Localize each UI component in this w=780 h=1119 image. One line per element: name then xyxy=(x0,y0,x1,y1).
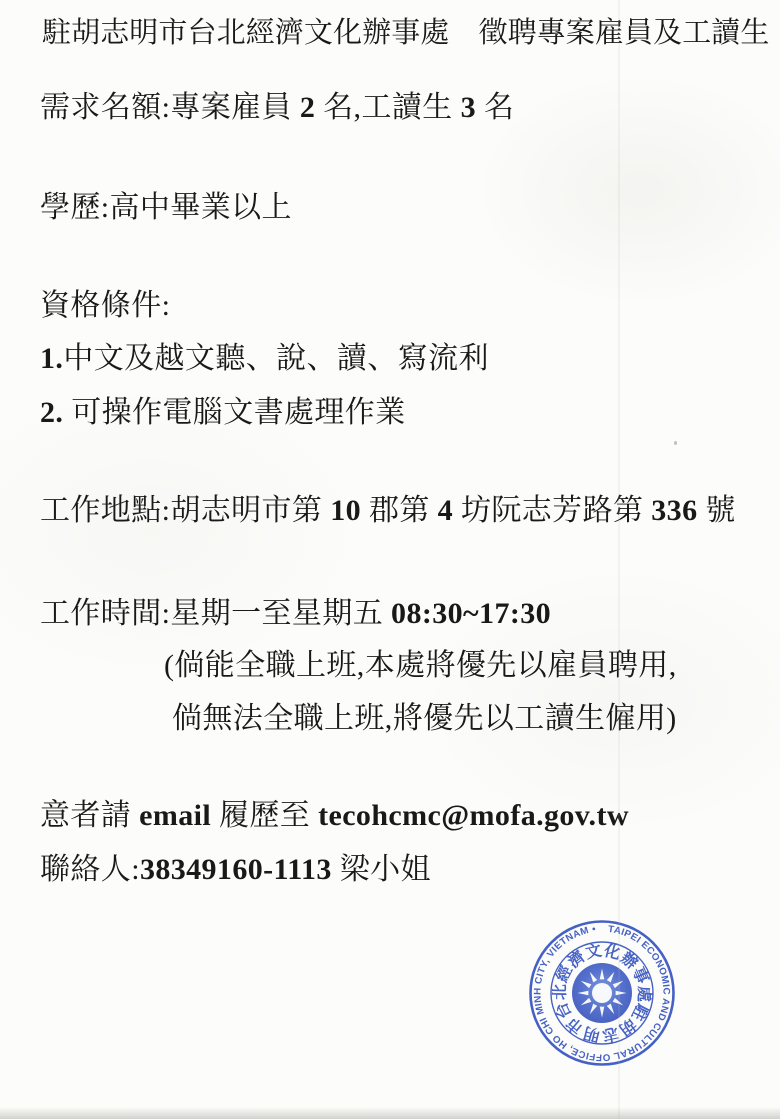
text-segment: 坊阮志芳路第 xyxy=(453,494,651,527)
scan-edge-shadow xyxy=(0,1107,780,1119)
text-segment: 工作地點:胡志明市第 xyxy=(40,494,330,527)
doc-line-work-hours-note-2: 倘無法全職上班,將優先以工讀生僱用) xyxy=(172,701,677,738)
doc-line-work-hours-note-1: (倘能全職上班,本處將優先以雇員聘用, xyxy=(164,648,677,685)
text-segment: 郡第 xyxy=(361,494,438,527)
text-segment: 中文及越文聽、說、讀、寫流利 xyxy=(63,342,489,375)
doc-line-work-location: 工作地點:胡志明市第 10 郡第 4 坊阮志芳路第 336 號 xyxy=(40,493,736,530)
scanner-streak xyxy=(618,0,620,1119)
text-segment-bold: 3 xyxy=(461,91,476,124)
text-segment: 駐胡志明市台北經濟文化辦事處 徵聘專案雇員及工讀生 xyxy=(42,17,770,49)
text-segment-bold: 08:30~17:30 xyxy=(391,597,551,630)
text-segment: 需求名額:專案雇員 xyxy=(40,91,300,124)
text-segment-bold: email xyxy=(139,799,211,832)
text-segment-bold: 2 xyxy=(300,91,315,124)
text-segment: 聯絡人: xyxy=(40,853,140,886)
text-segment: 可操作電腦文書處理作業 xyxy=(63,396,405,429)
doc-line-application-email: 意者請 email 履歷至 tecohcmc@mofa.gov.tw xyxy=(40,798,629,835)
stamp-chinese-char: 北 xyxy=(551,984,569,1000)
text-segment-bold: tecohcmc@mofa.gov.tw xyxy=(318,799,629,832)
text-segment: 名 xyxy=(476,91,514,124)
stamp-sun-emblem xyxy=(572,963,632,1023)
text-segment-bold: 2. xyxy=(40,396,63,429)
text-segment: 倘無法全職上班,將優先以工讀生僱用) xyxy=(172,702,677,735)
text-segment: 梁小姐 xyxy=(332,853,431,886)
text-segment: 學歷:高中畢業以上 xyxy=(40,191,292,224)
text-segment-bold: 1. xyxy=(40,342,63,375)
sun-core xyxy=(592,983,612,1003)
text-segment-bold: 4 xyxy=(438,494,453,527)
text-segment-bold: 10 xyxy=(330,494,361,527)
doc-line-quota: 需求名額:專案雇員 2 名,工讀生 3 名 xyxy=(40,90,514,127)
text-segment: (倘能全職上班,本處將優先以雇員聘用, xyxy=(164,649,677,682)
stamp-chinese-char: 處 xyxy=(635,986,653,1002)
scan-speck xyxy=(674,441,677,445)
doc-line-qualification-2: 2. 可操作電腦文書處理作業 xyxy=(40,395,406,432)
doc-line-contact: 聯絡人:38349160-1113 梁小姐 xyxy=(40,852,431,889)
doc-line-title: 駐胡志明市台北經濟文化辦事處 徵聘專案雇員及工讀生 xyxy=(42,16,770,51)
text-segment: 意者請 xyxy=(40,799,139,832)
doc-line-work-hours: 工作時間:星期一至星期五 08:30~17:30 xyxy=(40,596,551,633)
text-segment: 號 xyxy=(697,494,735,527)
text-segment: 工作時間:星期一至星期五 xyxy=(40,597,391,630)
doc-line-qualification-1: 1.中文及越文聽、說、讀、寫流利 xyxy=(40,341,489,378)
official-stamp: TAIPEI ECONOMIC AND CULTURAL OFFICE, HO … xyxy=(520,911,684,1075)
text-segment: 名,工讀生 xyxy=(315,91,460,124)
text-segment-bold: 38349160-1113 xyxy=(140,853,332,886)
text-segment-bold: 336 xyxy=(651,494,697,527)
doc-line-qualifications-header: 資格條件: xyxy=(40,288,170,325)
doc-line-education: 學歷:高中畢業以上 xyxy=(40,190,292,227)
text-segment: 資格條件: xyxy=(40,289,170,322)
text-segment: 履歷至 xyxy=(211,799,318,832)
